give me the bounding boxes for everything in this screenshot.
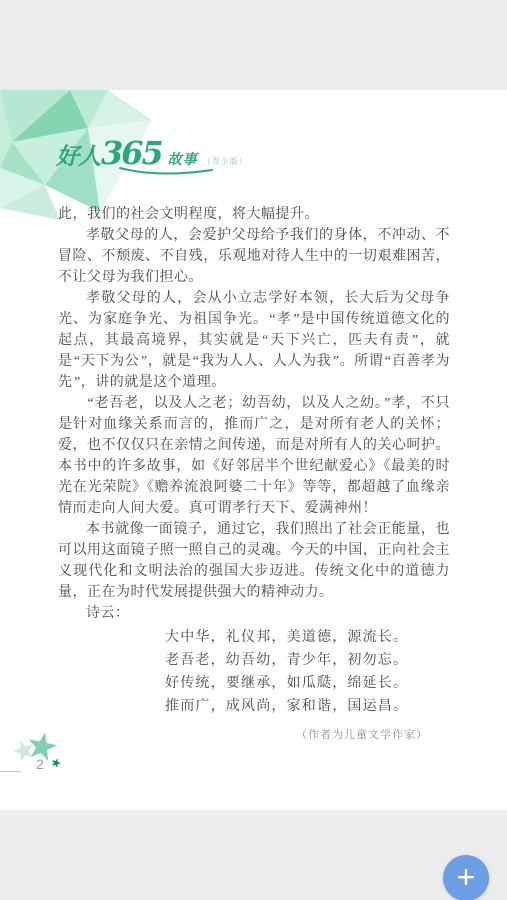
plus-icon: +	[457, 861, 476, 893]
paragraph: 此，我们的社会文明程度，将大幅提升。	[58, 204, 450, 225]
brand-logo: 好人 365 故事 （青少版）	[56, 134, 248, 178]
poem-line: 推而广，成风尚，家和谐，国运昌。	[165, 695, 450, 718]
paragraph: 孝敬父母的人，会爱护父母给予我们的身体，不冲动、不冒险、不颓废、不自残，乐观地对…	[58, 225, 450, 288]
poem-line: 好传统，要继承，如瓜瓞，绵延长。	[165, 672, 450, 695]
body-paragraphs: 此，我们的社会文明程度，将大幅提升。孝敬父母的人，会爱护父母给予我们的身体，不冲…	[58, 204, 450, 624]
logo-text-prefix: 好人	[56, 138, 100, 171]
logo-swoosh-decoration	[118, 164, 214, 178]
paragraph: “老吾老，以及人之老；幼吾幼，以及人之幼。”孝，不只是针对血缘关系而言的，推而广…	[58, 393, 450, 519]
page-number: 2	[30, 756, 50, 772]
poem: 大中华，礼仪邦，美道德，源流长。老吾老，幼吾幼，青少年，初勿忘。好传统，要继承，…	[58, 626, 450, 718]
star-icon	[4, 730, 84, 780]
reader-screen: 好人 365 故事 （青少版） 此，我们的社会文明程度，将大幅提升。孝敬父母的人…	[0, 0, 507, 900]
paragraph: 本书就像一面镜子，通过它，我们照出了社会正能量，也可以用这面镜子照一照自己的灵魂…	[58, 519, 450, 603]
book-page: 好人 365 故事 （青少版） 此，我们的社会文明程度，将大幅提升。孝敬父母的人…	[0, 90, 507, 810]
body-text: 此，我们的社会文明程度，将大幅提升。孝敬父母的人，会爱护父母给予我们的身体，不冲…	[58, 204, 450, 746]
poem-line: 大中华，礼仪邦，美道德，源流长。	[165, 626, 450, 649]
poem-line: 老吾老，幼吾幼，青少年，初勿忘。	[165, 649, 450, 672]
folio-rule	[0, 771, 21, 772]
paragraph: 孝敬父母的人，会从小立志学好本领，长大后为父母争光、为家庭争光、为祖国争光。“孝…	[58, 288, 450, 393]
attribution: （作者为儿童文学作家）	[58, 725, 450, 746]
add-button[interactable]: +	[443, 855, 489, 900]
paragraph: 诗云：	[58, 603, 450, 624]
